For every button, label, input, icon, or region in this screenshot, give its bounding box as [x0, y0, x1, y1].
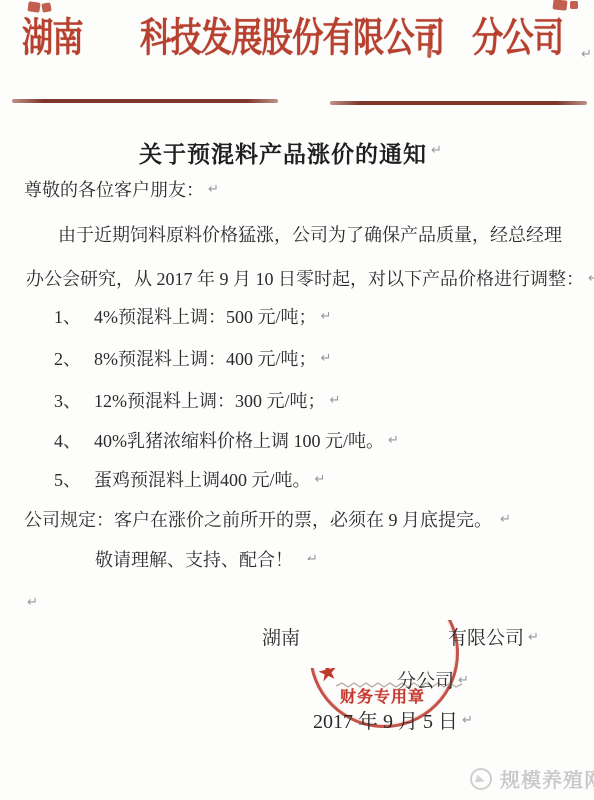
signature-date: 2017 年 9 月 5 日 — [313, 710, 458, 735]
paragraph-mark-icon: ↵ — [458, 674, 469, 687]
closing-line: 敬请理解、支持、配合！ — [95, 549, 293, 572]
paragraph-mark-icon: ↵ — [528, 631, 539, 644]
paragraph-mark-icon: ↵ — [321, 352, 332, 365]
list-item: 4、 40%乳猪浓缩料价格上调 100 元/吨。 ↵ — [54, 430, 399, 453]
list-item-1-text: 4%预混料上调：500 元/吨； — [94, 306, 317, 329]
torn-red-fragment-left — [27, 1, 40, 13]
paragraph-mark-icon: ↵ — [581, 48, 592, 61]
torn-red-fragment-right — [553, 0, 568, 11]
scanned-notice-page: 湖南 科技发展股份有限公司 分公司 ↵ 关于预混料产品涨价的通知 ↵ 尊敬的各位… — [0, 0, 594, 800]
list-item-3-number: 3、 — [54, 390, 94, 413]
policy-line: 公司规定：客户在涨价之前所开的票，必须在 9 月底提完。 — [24, 509, 492, 532]
paragraph-mark-icon: ↵ — [431, 144, 442, 157]
letterhead-company-name: 科技发展股份有限公司 — [140, 17, 444, 59]
letterhead-rule-right — [330, 101, 587, 105]
paragraph-mark-icon: ↵ — [330, 394, 341, 407]
greeting-line: 尊敬的各位客户朋友： — [24, 179, 204, 202]
list-item-4-number: 4、 — [54, 430, 94, 453]
paragraph-mark-icon: ↵ — [388, 434, 399, 447]
signature-branch: 分公司 — [397, 670, 454, 694]
list-item: 2、 8%预混料上调：400 元/吨； ↵ — [54, 348, 331, 371]
list-item-5-number: 5、 — [54, 469, 94, 492]
watermark-logo-icon — [470, 768, 492, 790]
intro-line-1: 由于近期饲料原料价格猛涨，公司为了确保产品质量，经总经理 — [58, 224, 562, 247]
signature-company-suffix: 有限公司 — [448, 627, 524, 651]
paragraph-mark-icon: ↵ — [321, 310, 332, 323]
list-item-5-text: 蛋鸡预混料上调400 元/吨。 — [94, 469, 311, 492]
letterhead-rule-left — [12, 99, 278, 103]
intro-line-2: 办公会研究，从 2017 年 9 月 10 日零时起，对以下产品价格进行调整： — [26, 268, 584, 291]
torn-red-fragment-left-2 — [41, 2, 51, 12]
list-item: 1、 4%预混料上调：500 元/吨； ↵ — [54, 306, 331, 329]
list-item-1-number: 1、 — [54, 306, 94, 329]
list-item-3-text: 12%预混料上调：300 元/吨； — [94, 390, 326, 413]
list-item-2-number: 2、 — [54, 348, 94, 371]
list-item: 5、 蛋鸡预混料上调400 元/吨。 ↵ — [54, 469, 325, 492]
paragraph-mark-icon: ↵ — [500, 513, 511, 526]
list-item: 3、 12%预混料上调：300 元/吨； ↵ — [54, 390, 340, 413]
redaction-cover-mid — [303, 618, 440, 668]
notice-title: 关于预混料产品涨价的通知 — [139, 136, 427, 169]
letterhead-company-prefix: 湖南 — [22, 17, 83, 59]
list-item-4-text: 40%乳猪浓缩料价格上调 100 元/吨。 — [94, 430, 384, 453]
watermark-site-name: 规模养殖网 — [500, 764, 594, 793]
paragraph-mark-icon: ↵ — [208, 183, 219, 196]
redaction-cover-top — [300, 560, 464, 620]
list-item-2-text: 8%预混料上调：400 元/吨； — [94, 348, 317, 371]
paragraph-mark-icon: ↵ — [315, 473, 326, 486]
paragraph-mark-icon: ↵ — [462, 714, 473, 727]
letterhead-branch: 分公司 — [472, 17, 563, 59]
torn-red-fragment-right-2 — [570, 1, 578, 9]
signature-company-prefix: 湖南 — [262, 627, 300, 651]
paragraph-mark-icon: ↵ — [588, 272, 594, 285]
paragraph-mark-icon: ↵ — [27, 596, 38, 609]
